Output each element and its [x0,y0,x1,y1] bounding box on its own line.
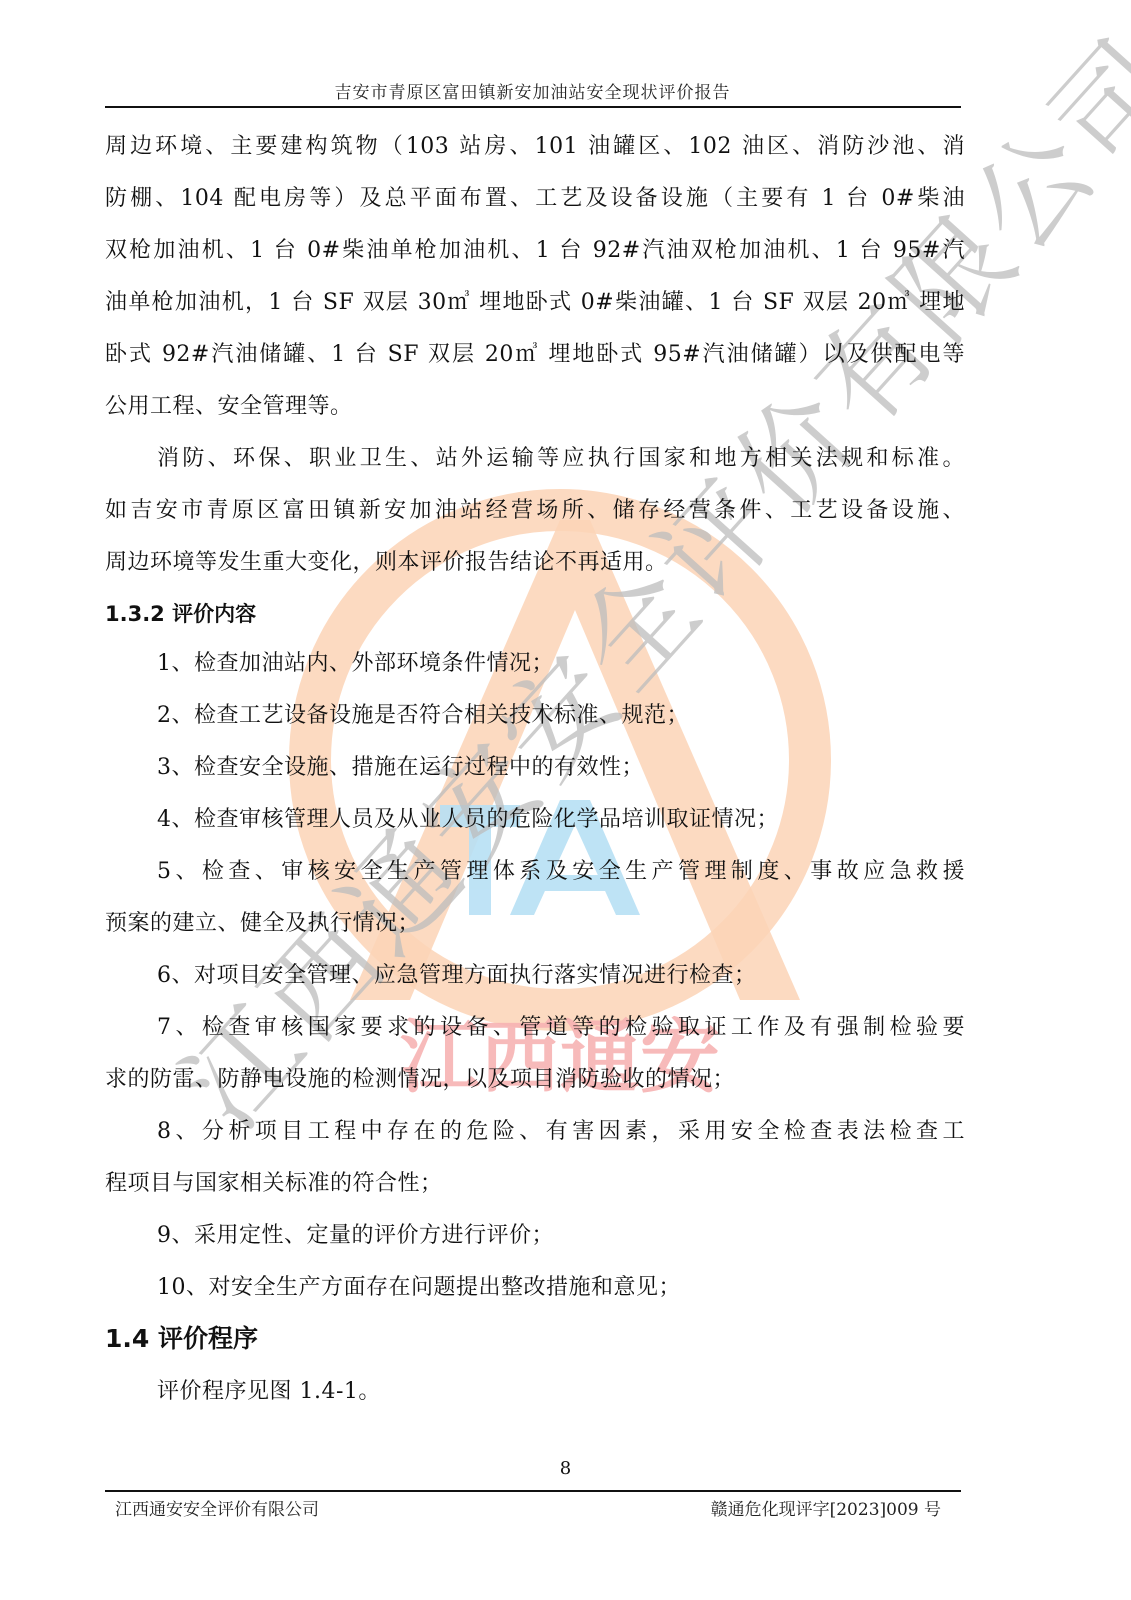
list-item: 9、采用定性、定量的评价方进行评价； [157,1222,965,1250]
list-item-continuation: 求的防雷、防静电设施的检测情况，以及项目消防验收的情况； [105,1066,965,1094]
list-item: 1、检查加油站内、外部环境条件情况； [157,650,965,678]
document-page: 江西通安 江西通安安全评价有限公司 吉安市青原区富田镇新安加油站安全现状评价报告… [0,0,1131,1600]
list-item: 8、分析项目工程中存在的危险、有害因素，采用安全检查表法检查工 [157,1118,965,1146]
page-number: 8 [0,1458,1131,1479]
body-text-line: 周边环境等发生重大变化，则本评价报告结论不再适用。 [105,549,965,577]
list-item: 3、检查安全设施、措施在运行过程中的有效性； [157,754,965,782]
list-item: 6、对项目安全管理、应急管理方面执行落实情况进行检查； [157,962,965,990]
list-item: 2、检查工艺设备设施是否符合相关技术标准、规范； [157,702,965,730]
section-heading-1-3-2: 1.3.2 评价内容 [105,600,256,628]
body-text-line: 防棚、104 配电房等）及总平面布置、工艺及设备设施（主要有 1 台 0#柴油 [105,185,965,213]
body-text-line: 评价程序见图 1.4-1。 [157,1378,965,1406]
list-item: 10、对安全生产方面存在问题提出整改措施和意见； [157,1274,965,1302]
footer-document-number: 赣通危化现评字[2023]009 号 [711,1495,941,1520]
running-header-title: 吉安市青原区富田镇新安加油站安全现状评价报告 [105,78,960,103]
body-text-line: 卧式 92#汽油储罐、1 台 SF 双层 20㎥ 埋地卧式 95#汽油储罐）以及… [105,341,965,369]
body-text-line: 消防、环保、职业卫生、站外运输等应执行国家和地方相关法规和标准。 [157,445,965,473]
body-text-line: 如吉安市青原区富田镇新安加油站经营场所、储存经营条件、工艺设备设施、 [105,497,965,525]
footer-company: 江西通安安全评价有限公司 [115,1495,319,1520]
list-item-continuation: 程项目与国家相关标准的符合性； [105,1170,965,1198]
header-divider [105,106,961,108]
body-text-line: 公用工程、安全管理等。 [105,393,965,421]
body-text-line: 油单枪加油机，1 台 SF 双层 30㎥ 埋地卧式 0#柴油罐、1 台 SF 双… [105,289,965,317]
list-item: 4、检查审核管理人员及从业人员的危险化学品培训取证情况； [157,806,965,834]
list-item-continuation: 预案的建立、健全及执行情况； [105,910,965,938]
footer-divider [105,1490,961,1492]
section-heading-1-4: 1.4 评价程序 [105,1324,258,1354]
list-item: 5、检查、审核安全生产管理体系及安全生产管理制度、事故应急救援 [157,858,965,886]
body-text-line: 周边环境、主要建构筑物（103 站房、101 油罐区、102 油区、消防沙池、消 [105,133,965,161]
body-text-line: 双枪加油机、1 台 0#柴油单枪加油机、1 台 92#汽油双枪加油机、1 台 9… [105,237,965,265]
list-item: 7、检查审核国家要求的设备、管道等的检验取证工作及有强制检验要 [157,1014,965,1042]
